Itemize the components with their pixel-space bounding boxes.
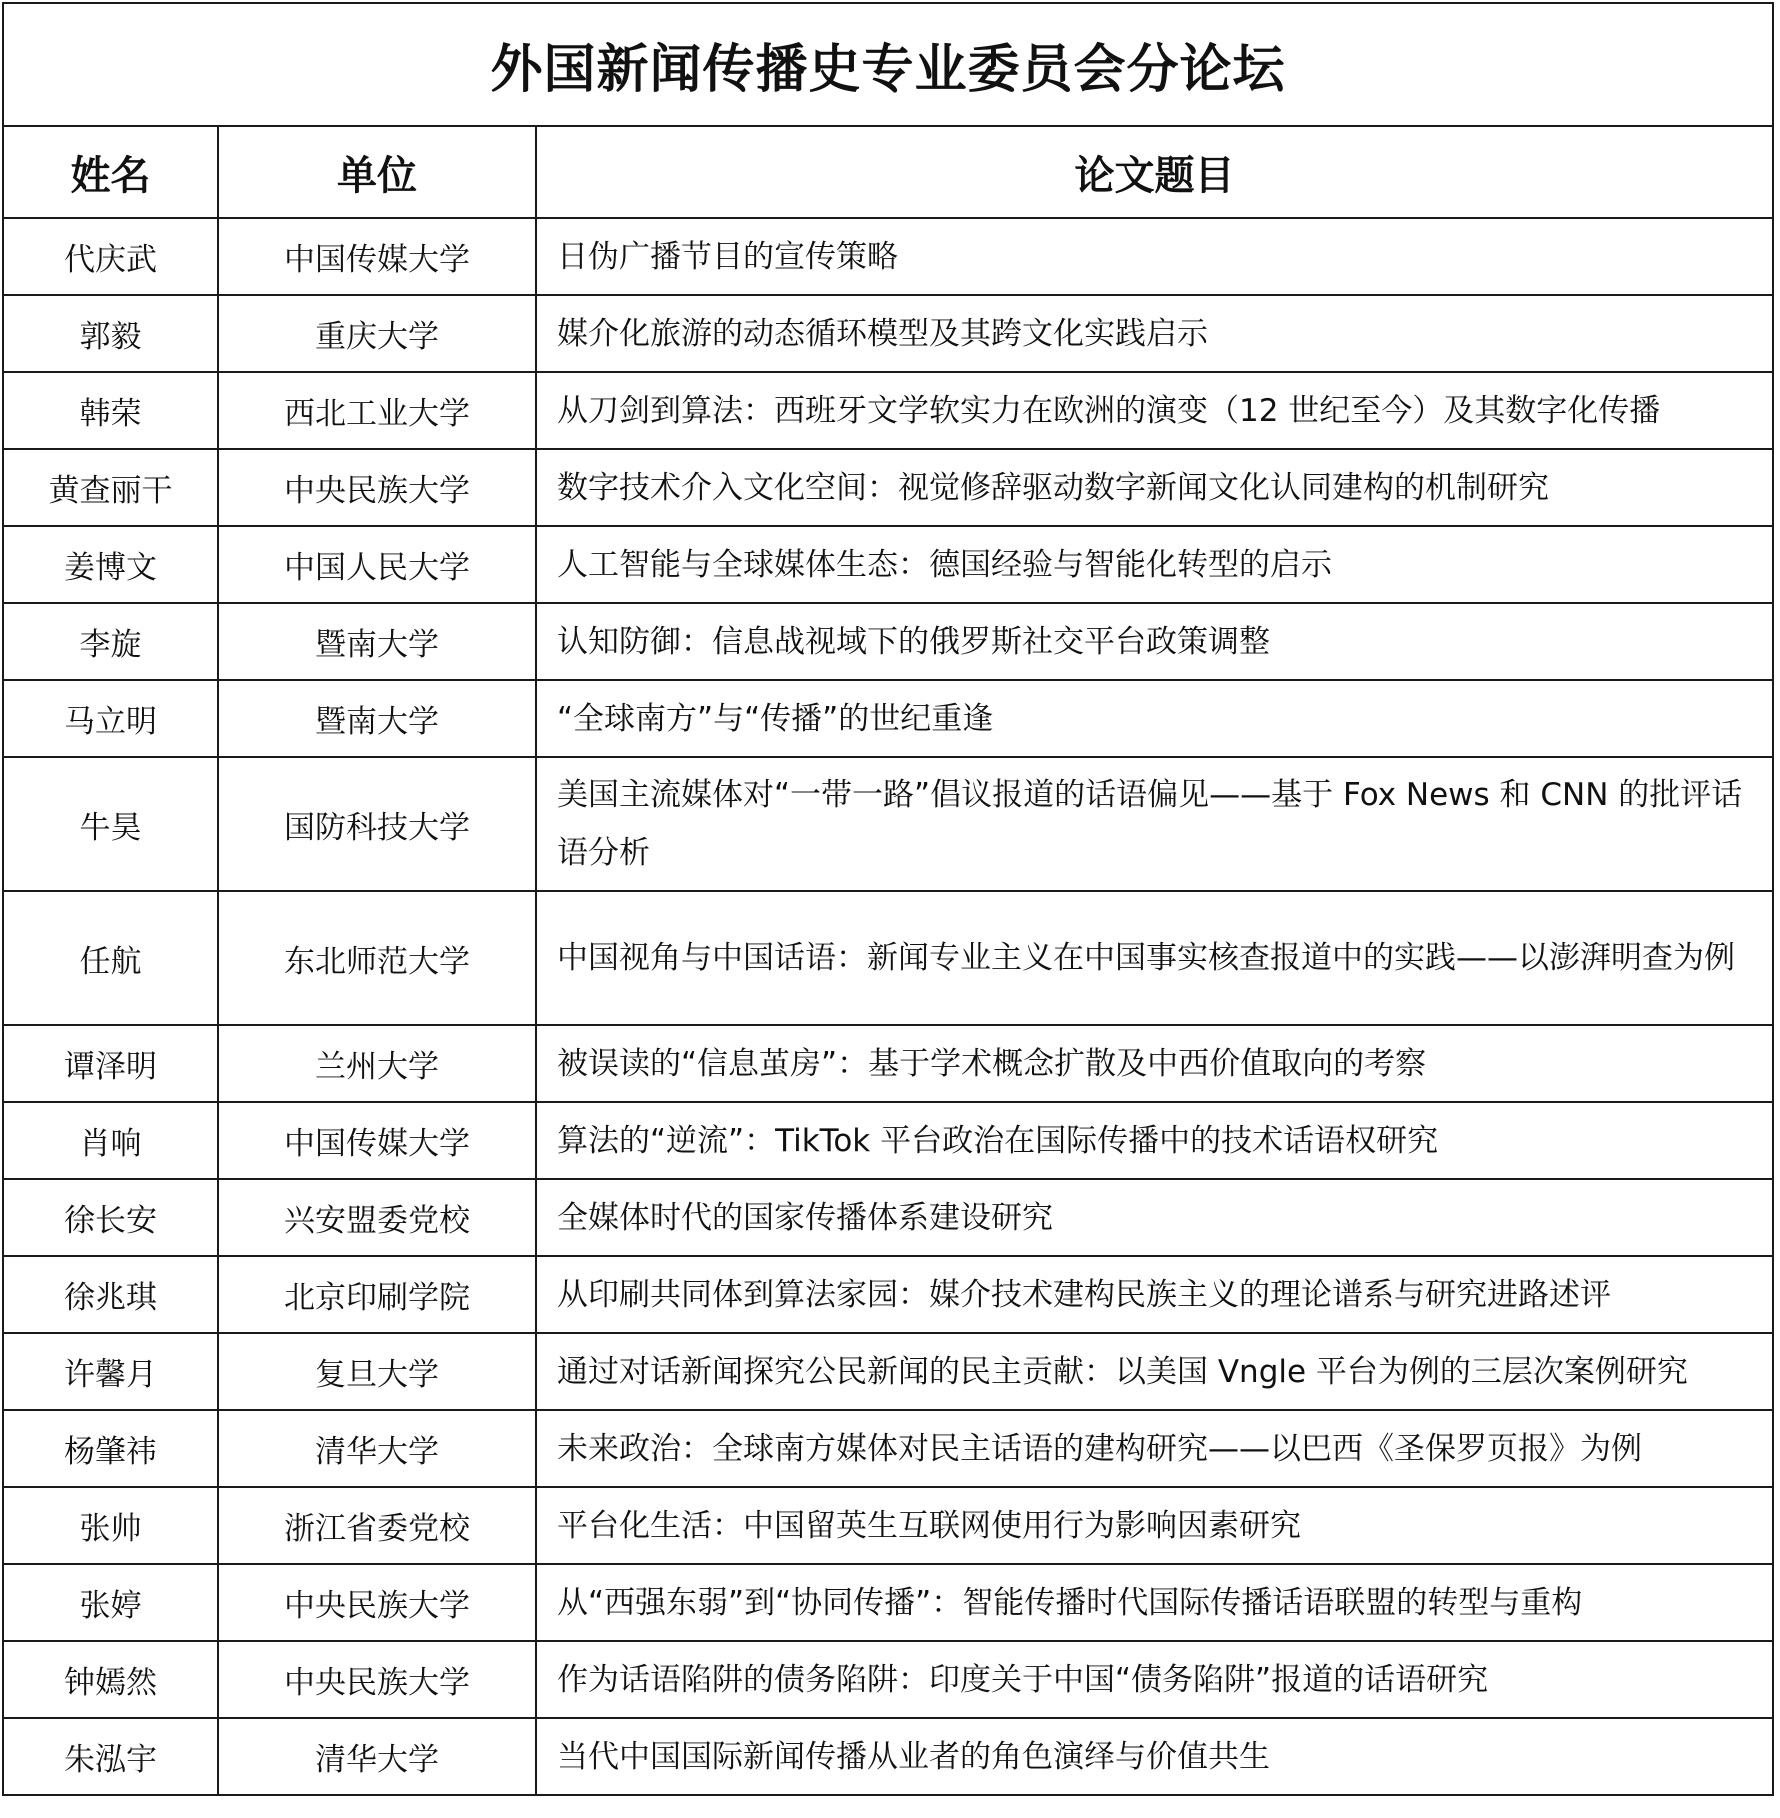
cell-unit: 清华大学 bbox=[218, 1718, 536, 1795]
cell-name: 朱泓宇 bbox=[3, 1718, 218, 1795]
forum-paper-table: 外国新闻传播史专业委员会分论坛 姓名 单位 论文题目 代庆武中国传媒大学日伪广播… bbox=[2, 2, 1774, 1796]
cell-unit: 中国传媒大学 bbox=[218, 218, 536, 295]
table-row: 郭毅重庆大学媒介化旅游的动态循环模型及其跨文化实践启示 bbox=[3, 295, 1773, 372]
cell-paper-title: 通过对话新闻探究公民新闻的民主贡献：以美国 Vngle 平台为例的三层次案例研究 bbox=[536, 1333, 1773, 1410]
cell-paper-title: 从“西强东弱”到“协同传播”：智能传播时代国际传播话语联盟的转型与重构 bbox=[536, 1564, 1773, 1641]
cell-unit: 中国传媒大学 bbox=[218, 1102, 536, 1179]
table-body: 代庆武中国传媒大学日伪广播节目的宣传策略郭毅重庆大学媒介化旅游的动态循环模型及其… bbox=[3, 218, 1773, 1795]
cell-paper-title: 中国视角与中国话语：新闻专业主义在中国事实核查报道中的实践——以澎湃明查为例 bbox=[536, 891, 1773, 1025]
cell-unit: 中央民族大学 bbox=[218, 449, 536, 526]
cell-unit: 东北师范大学 bbox=[218, 891, 536, 1025]
table-row: 牛昊国防科技大学美国主流媒体对“一带一路”倡议报道的话语偏见——基于 Fox N… bbox=[3, 757, 1773, 891]
table-row: 姜博文中国人民大学人工智能与全球媒体生态：德国经验与智能化转型的启示 bbox=[3, 526, 1773, 603]
cell-name: 许馨月 bbox=[3, 1333, 218, 1410]
cell-name: 徐长安 bbox=[3, 1179, 218, 1256]
cell-paper-title: 从刀剑到算法：西班牙文学软实力在欧洲的演变（12 世纪至今）及其数字化传播 bbox=[536, 372, 1773, 449]
cell-name: 马立明 bbox=[3, 680, 218, 757]
table-row: 钟嫣然中央民族大学作为话语陷阱的债务陷阱：印度关于中国“债务陷阱”报道的话语研究 bbox=[3, 1641, 1773, 1718]
table-row: 黄查丽干中央民族大学数字技术介入文化空间：视觉修辞驱动数字新闻文化认同建构的机制… bbox=[3, 449, 1773, 526]
cell-name: 杨肇祎 bbox=[3, 1410, 218, 1487]
cell-unit: 中央民族大学 bbox=[218, 1564, 536, 1641]
table-row: 韩荣西北工业大学从刀剑到算法：西班牙文学软实力在欧洲的演变（12 世纪至今）及其… bbox=[3, 372, 1773, 449]
table-row: 徐兆琪北京印刷学院从印刷共同体到算法家园：媒介技术建构民族主义的理论谱系与研究进… bbox=[3, 1256, 1773, 1333]
cell-unit: 暨南大学 bbox=[218, 603, 536, 680]
header-unit: 单位 bbox=[218, 126, 536, 218]
cell-name: 郭毅 bbox=[3, 295, 218, 372]
table-row: 许馨月复旦大学通过对话新闻探究公民新闻的民主贡献：以美国 Vngle 平台为例的… bbox=[3, 1333, 1773, 1410]
table-row: 朱泓宇清华大学当代中国国际新闻传播从业者的角色演绎与价值共生 bbox=[3, 1718, 1773, 1795]
cell-paper-title: 数字技术介入文化空间：视觉修辞驱动数字新闻文化认同建构的机制研究 bbox=[536, 449, 1773, 526]
table-row: 任航东北师范大学中国视角与中国话语：新闻专业主义在中国事实核查报道中的实践——以… bbox=[3, 891, 1773, 1025]
table-title: 外国新闻传播史专业委员会分论坛 bbox=[3, 3, 1773, 126]
cell-paper-title: 日伪广播节目的宣传策略 bbox=[536, 218, 1773, 295]
header-name: 姓名 bbox=[3, 126, 218, 218]
cell-name: 张婷 bbox=[3, 1564, 218, 1641]
cell-name: 姜博文 bbox=[3, 526, 218, 603]
cell-unit: 中央民族大学 bbox=[218, 1641, 536, 1718]
table-row: 徐长安兴安盟委党校全媒体时代的国家传播体系建设研究 bbox=[3, 1179, 1773, 1256]
table-row: 肖响中国传媒大学算法的“逆流”：TikTok 平台政治在国际传播中的技术话语权研… bbox=[3, 1102, 1773, 1179]
cell-paper-title: 平台化生活：中国留英生互联网使用行为影响因素研究 bbox=[536, 1487, 1773, 1564]
cell-name: 李旋 bbox=[3, 603, 218, 680]
cell-paper-title: 当代中国国际新闻传播从业者的角色演绎与价值共生 bbox=[536, 1718, 1773, 1795]
cell-unit: 北京印刷学院 bbox=[218, 1256, 536, 1333]
cell-unit: 浙江省委党校 bbox=[218, 1487, 536, 1564]
table-row: 代庆武中国传媒大学日伪广播节目的宣传策略 bbox=[3, 218, 1773, 295]
table-row: 李旋暨南大学认知防御：信息战视域下的俄罗斯社交平台政策调整 bbox=[3, 603, 1773, 680]
cell-name: 韩荣 bbox=[3, 372, 218, 449]
cell-unit: 兴安盟委党校 bbox=[218, 1179, 536, 1256]
cell-paper-title: 全媒体时代的国家传播体系建设研究 bbox=[536, 1179, 1773, 1256]
table-row: 谭泽明兰州大学被误读的“信息茧房”：基于学术概念扩散及中西价值取向的考察 bbox=[3, 1025, 1773, 1102]
cell-paper-title: “全球南方”与“传播”的世纪重逢 bbox=[536, 680, 1773, 757]
cell-unit: 重庆大学 bbox=[218, 295, 536, 372]
cell-unit: 暨南大学 bbox=[218, 680, 536, 757]
cell-unit: 清华大学 bbox=[218, 1410, 536, 1487]
cell-paper-title: 认知防御：信息战视域下的俄罗斯社交平台政策调整 bbox=[536, 603, 1773, 680]
cell-name: 黄查丽干 bbox=[3, 449, 218, 526]
cell-name: 牛昊 bbox=[3, 757, 218, 891]
cell-paper-title: 人工智能与全球媒体生态：德国经验与智能化转型的启示 bbox=[536, 526, 1773, 603]
cell-paper-title: 从印刷共同体到算法家园：媒介技术建构民族主义的理论谱系与研究进路述评 bbox=[536, 1256, 1773, 1333]
cell-name: 徐兆琪 bbox=[3, 1256, 218, 1333]
cell-name: 谭泽明 bbox=[3, 1025, 218, 1102]
table-row: 马立明暨南大学“全球南方”与“传播”的世纪重逢 bbox=[3, 680, 1773, 757]
cell-unit: 国防科技大学 bbox=[218, 757, 536, 891]
cell-paper-title: 作为话语陷阱的债务陷阱：印度关于中国“债务陷阱”报道的话语研究 bbox=[536, 1641, 1773, 1718]
table-row: 杨肇祎清华大学未来政治：全球南方媒体对民主话语的建构研究——以巴西《圣保罗页报》… bbox=[3, 1410, 1773, 1487]
cell-unit: 中国人民大学 bbox=[218, 526, 536, 603]
header-paper-title: 论文题目 bbox=[536, 126, 1773, 218]
cell-name: 张帅 bbox=[3, 1487, 218, 1564]
cell-unit: 复旦大学 bbox=[218, 1333, 536, 1410]
cell-paper-title: 未来政治：全球南方媒体对民主话语的建构研究——以巴西《圣保罗页报》为例 bbox=[536, 1410, 1773, 1487]
cell-unit: 兰州大学 bbox=[218, 1025, 536, 1102]
cell-paper-title: 媒介化旅游的动态循环模型及其跨文化实践启示 bbox=[536, 295, 1773, 372]
cell-name: 肖响 bbox=[3, 1102, 218, 1179]
cell-paper-title: 被误读的“信息茧房”：基于学术概念扩散及中西价值取向的考察 bbox=[536, 1025, 1773, 1102]
cell-unit: 西北工业大学 bbox=[218, 372, 536, 449]
cell-name: 代庆武 bbox=[3, 218, 218, 295]
cell-paper-title: 美国主流媒体对“一带一路”倡议报道的话语偏见——基于 Fox News 和 CN… bbox=[536, 757, 1773, 891]
cell-name: 钟嫣然 bbox=[3, 1641, 218, 1718]
cell-name: 任航 bbox=[3, 891, 218, 1025]
cell-paper-title: 算法的“逆流”：TikTok 平台政治在国际传播中的技术话语权研究 bbox=[536, 1102, 1773, 1179]
table-row: 张帅浙江省委党校平台化生活：中国留英生互联网使用行为影响因素研究 bbox=[3, 1487, 1773, 1564]
table-row: 张婷中央民族大学从“西强东弱”到“协同传播”：智能传播时代国际传播话语联盟的转型… bbox=[3, 1564, 1773, 1641]
